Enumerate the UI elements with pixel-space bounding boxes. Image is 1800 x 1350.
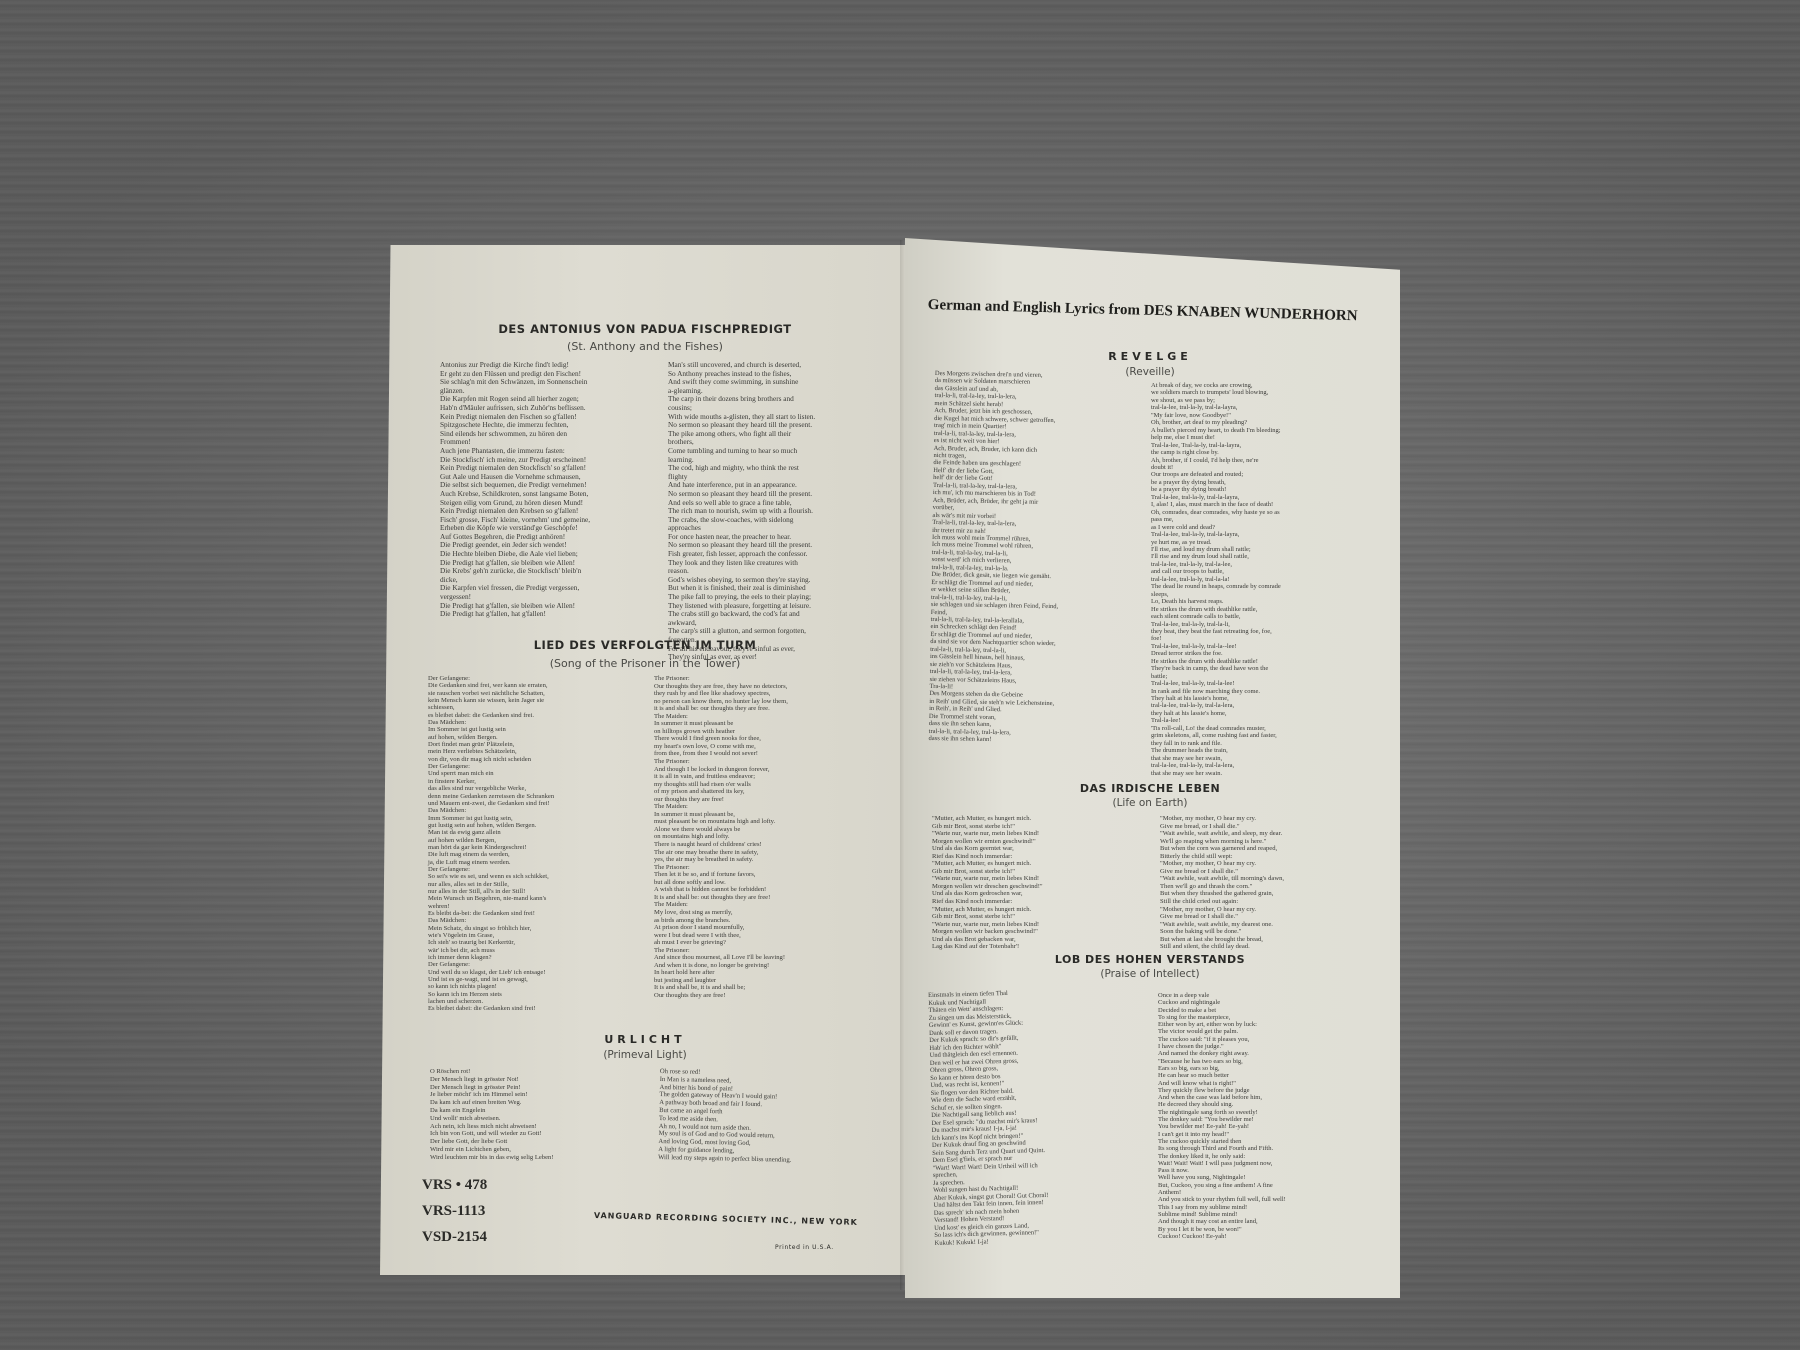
catalog-number-3: VSD-2154: [422, 1229, 487, 1246]
song-title-irdische: DAS IRDISCHE LEBEN: [1040, 782, 1260, 795]
lyrics-german-fischpredigt: Antonius zur Predigt die Kirche find't l…: [440, 361, 640, 662]
song-title-verstand: LOB DES HOHEN VERSTANDS: [1030, 953, 1270, 966]
song-subtitle-irdische: (Life on Earth): [1040, 797, 1260, 809]
lyrics-columns-verfolgten: Der Gefangene: Die Gedanken sind frei, w…: [428, 675, 869, 1013]
lyrics-english-urlicht: Oh rose so red! In Man is a nameless nee…: [658, 1068, 880, 1166]
lyrics-german-verfolgten: Der Gefangene: Die Gedanken sind frei, w…: [428, 675, 633, 1013]
catalog-number-2: VRS-1113: [422, 1203, 485, 1220]
lyrics-german-verstand: Einstmals in einem tiefen Thal Kukuk und…: [928, 987, 1145, 1247]
lyrics-german-urlicht: O Röschen rot! Der Mensch liegt in gröss…: [430, 1068, 640, 1162]
song-subtitle-verfolgten: (Song of the Prisoner in the Tower): [420, 657, 870, 670]
catalog-number-1: VRS • 478: [422, 1177, 487, 1194]
lyrics-english-verstand: Once in a deep vale Cuckoo and nightinga…: [1158, 992, 1363, 1247]
lyrics-columns-verstand: Einstmals in einem tiefen Thal Kukuk und…: [928, 992, 1363, 1247]
song-title-fischpredigt: DES ANTONIUS VON PADUA FISCHPREDIGT: [420, 322, 870, 336]
song-title-revelge: REVELGE: [1040, 350, 1260, 363]
lyrics-english-fischpredigt: Man's still uncovered, and church is des…: [668, 361, 868, 662]
song-subtitle-verstand: (Praise of Intellect): [1030, 968, 1270, 980]
song-title-urlicht: URLICHT: [420, 1033, 870, 1046]
lyrics-columns-revelge: Des Morgens zwischen drei'n und vieren, …: [935, 370, 1361, 777]
song-title-verfolgten: LIED DES VERFOLGTEN IM TURM: [420, 638, 870, 652]
song-subtitle-urlicht: (Primeval Light): [420, 1049, 870, 1061]
lyrics-german-revelge: Des Morgens zwischen drei'n und vieren, …: [928, 370, 1135, 780]
lyrics-english-revelge: At break of day, we cocks are crowing, w…: [1151, 382, 1361, 777]
lyrics-columns-urlicht: O Röschen rot! Der Mensch liegt in gröss…: [430, 1068, 880, 1162]
lyrics-columns-fischpredigt: Antonius zur Predigt die Kirche find't l…: [440, 361, 868, 662]
lyrics-german-irdische: "Mutter, ach Mutter, es hungert mich. Gi…: [932, 815, 1140, 951]
lyrics-english-irdische: "Mother, my mother, O hear my cry. Give …: [1160, 815, 1365, 951]
lyrics-columns-irdische: "Mutter, ach Mutter, es hungert mich. Gi…: [932, 815, 1365, 951]
song-subtitle-fischpredigt: (St. Anthony and the Fishes): [420, 340, 870, 353]
printed-in-notice: Printed in U.S.A.: [775, 1244, 834, 1251]
lyrics-english-verfolgten: The Prisoner: Our thoughts they are free…: [654, 675, 869, 1013]
